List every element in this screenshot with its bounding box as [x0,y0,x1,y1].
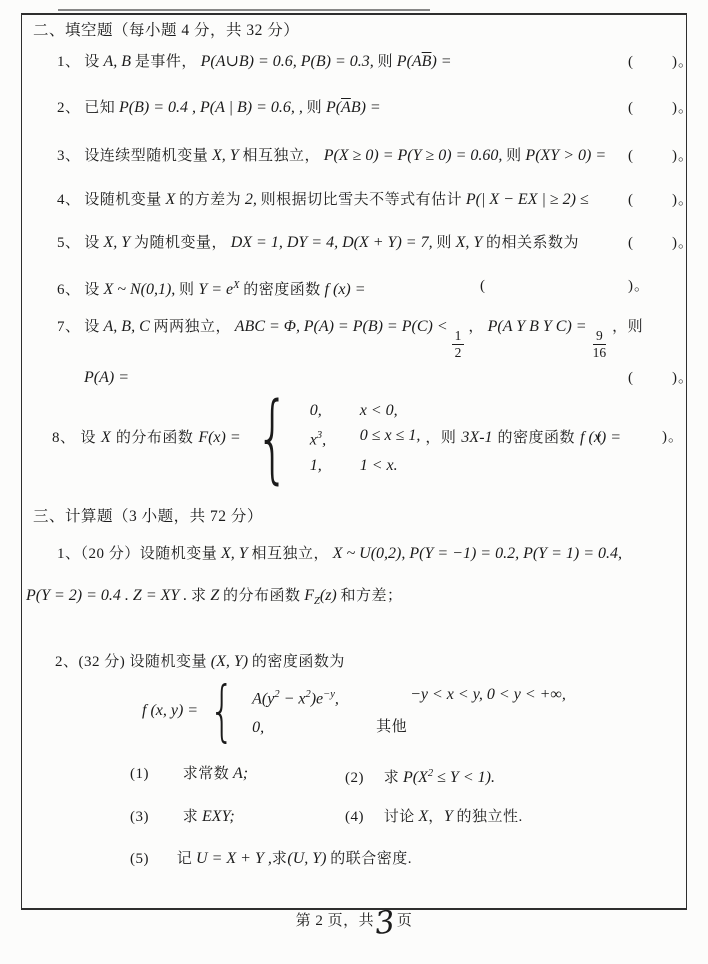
answer-blank-4: ( )。 [628,189,694,211]
fill-question-2: 2、 已知 P(B) = 0.4 , P(A | B) = 0.6, , 则 P… [57,97,381,119]
fraction-nine-sixteenths: 916 [591,328,609,360]
distribution-function-cases: 0,x < 0, x3,0 ≤ x ≤ 1, 1,1 < x. [310,398,421,477]
answer-blank-1: ( )。 [628,51,694,73]
answer-blank-8-close-paren: )。 [662,426,684,448]
sub-question-3: (3) 求 EXY; [130,806,235,828]
fill-question-1: 1、 设 A, B 是事件， P(A∪B) = 0.6, P(B) = 0.3,… [57,51,452,73]
density-formula: f (x, y) = { A(y2 − x2)e−y,−y < x < y, 0… [142,680,566,742]
answer-blank-2: ( )。 [628,97,694,119]
answer-blank-6-open-paren: ( [480,275,486,297]
fill-question-5: 5、 设 X, Y 为随机变量， DX = 1, DY = 4, D(X + Y… [57,232,579,254]
fill-question-7-line2: P(A) = [84,367,129,389]
answer-blank-8-open-paren: ( [597,426,603,448]
answer-blank-7: ( )。 [628,367,694,389]
fill-question-7: 7、 设 A, B, C 两两独立， ABC = Φ, P(A) = P(B) … [57,316,643,360]
case-row: 1,1 < x. [310,453,421,478]
sub-question-4: (4) 讨论 X，Y 的独立性. [345,806,523,828]
case-row: x3,0 ≤ x ≤ 1, [310,423,421,452]
handwritten-total-pages: 3 [375,922,396,924]
calc-question-2: 2、(32 分) 设随机变量 (X, Y) 的密度函数为 [55,651,345,673]
case-row: 0,其他 [252,713,566,742]
sub-question-2: (2) 求 P(X2 ≤ Y < 1). [345,763,495,789]
sub-question-5: (5) 记 U = X + Y ,求(U, Y) 的联合密度. [130,848,412,870]
answer-blank-6-close-paren: )。 [628,275,650,297]
density-cases: A(y2 − x2)e−y,−y < x < y, 0 < y < +∞, 0,… [252,680,566,742]
fill-question-3: 3、 设连续型随机变量 X, Y 相互独立， P(X ≥ 0) = P(Y ≥ … [57,145,606,167]
page-footer: 第 2 页，共3页 [0,910,708,932]
section2-title: 二、填空题（每小题 4 分，共 32 分） [33,20,299,42]
calc-question-1-line2: P(Y = 2) = 0.4 . Z = XY . 求 Z 的分布函数 FZ(z… [26,585,403,613]
fraction-one-half: 12 [452,328,465,360]
fill-question-6: 6、 设 X ~ N(0,1), 则 Y = eX 的密度函数 f (x) = [57,275,366,301]
section3-title: 三、计算题（3 小题，共 72 分） [33,506,263,528]
case-row: 0,x < 0, [310,398,421,423]
fill-question-8: 8、设 X 的分布函数 F(x) = { 0,x < 0, x3,0 ≤ x ≤… [52,395,621,481]
scanned-exam-page: 二、填空题（每小题 4 分，共 32 分） 1、 设 A, B 是事件， P(A… [0,0,708,964]
fill-question-4: 4、 设随机变量 X 的方差为 2, 则根据切比雪夫不等式有估计 P(| X −… [57,189,589,211]
case-row: A(y2 − x2)e−y,−y < x < y, 0 < y < +∞, [252,680,566,713]
sub-question-1: (1) 求常数 A; [130,763,248,785]
calc-question-1-line1: 1、（20 分）设随机变量 X, Y 相互独立， X ~ U(0,2), P(Y… [57,543,622,565]
answer-blank-5: ( )。 [628,232,694,254]
answer-blank-3: ( )。 [628,145,694,167]
scan-artifact-line [58,9,430,11]
